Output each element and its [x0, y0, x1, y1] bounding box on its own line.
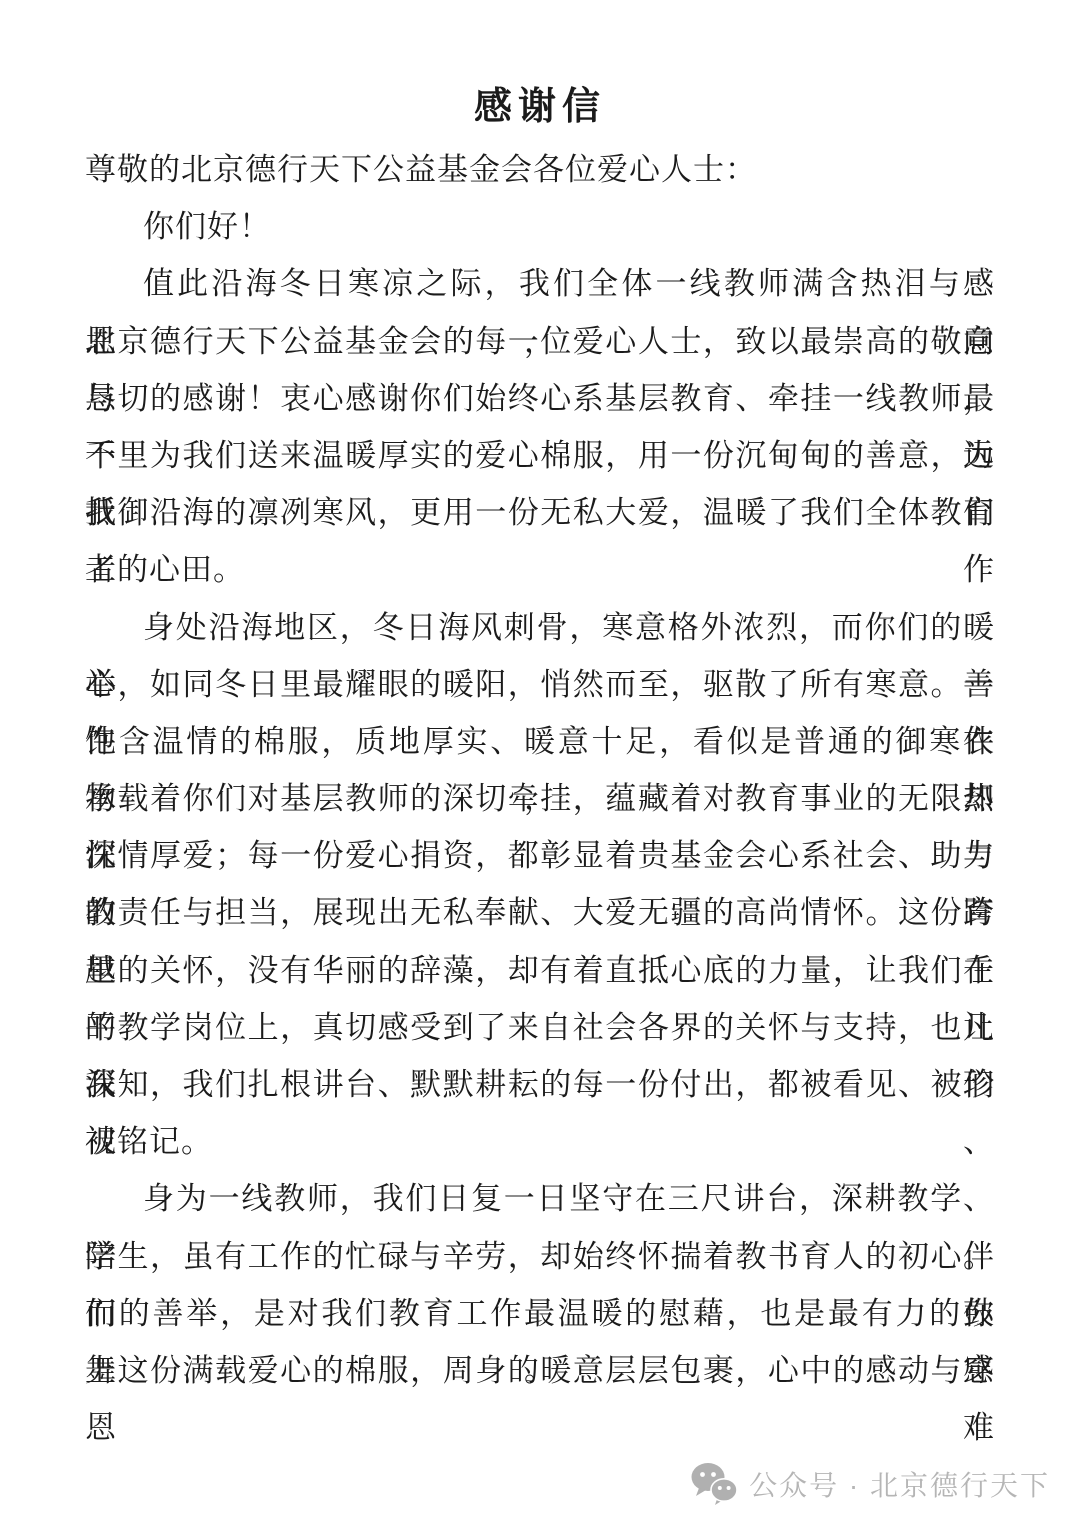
text-line: 深知，我们扎根讲台、默默耕耘的每一份付出，都被看见、被珍视、 [85, 1056, 995, 1113]
letter-body: 尊敬的北京德行天下公益基金会各位爱心人士：你们好！值此沿海冬日寒凉之际，我们全体… [85, 141, 995, 1399]
wechat-watermark: 公众号 · 北京德行天下 [689, 1462, 1050, 1506]
text-line: 举，如同冬日里最耀眼的暖阳，悄然而至，驱散了所有寒意。一件件 [85, 656, 995, 713]
text-line: 饱含温情的棉服，质地厚实、暖意十足，看似是普通的御寒衣物，却 [85, 713, 995, 770]
text-line: 身为一线教师，我们日复一日坚守在三尺讲台，深耕教学、陪伴 [85, 1170, 995, 1227]
watermark-label: 公众号 · 北京德行天下 [749, 1464, 1050, 1504]
wechat-icon [689, 1462, 739, 1506]
text-line: 尊敬的北京德行天下公益基金会各位爱心人士： [85, 141, 995, 198]
text-line: 们的善举，是对我们教育工作最温暖的慰藉，也是最有力的鼓舞。穿 [85, 1285, 995, 1342]
text-line: 千里为我们送来温暖厚实的爱心棉服，用一份沉甸甸的善意，为我们 [85, 427, 995, 484]
text-line: 身处沿海地区，冬日海风刺骨，寒意格外浓烈，而你们的暖心善 [85, 599, 995, 656]
text-line: 深情厚爱；每一份爱心捐资，都彰显着贵基金会心系社会、助力教育 [85, 827, 995, 884]
letter-page: 感谢信 尊敬的北京德行天下公益基金会各位爱心人士：你们好！值此沿海冬日寒凉之际，… [0, 0, 1080, 1529]
text-line: 的责任与担当，展现出无私奉献、大爱无疆的高尚情怀。这份跨越千 [85, 884, 995, 941]
text-line: 北京德行天下公益基金会的每一位爱心人士，致以最崇高的敬意与最 [85, 313, 995, 370]
page-title: 感谢信 [0, 0, 1080, 130]
text-line: 承载着你们对基层教师的深切牵挂，蕴藏着对教育事业的无限热忱与 [85, 770, 995, 827]
text-line: 上这份满载爱心的棉服，周身的暖意层层包裹，心中的感动与感恩难 [85, 1342, 995, 1399]
text-line: 值此沿海冬日寒凉之际，我们全体一线教师满含热泪与感恩，向 [85, 255, 995, 312]
text-line: 学生，虽有工作的忙碌与辛劳，却始终怀揣着教书育人的初心。而你 [85, 1228, 995, 1285]
text-line: 恳切的感谢！衷心感谢你们始终心系基层教育、牵挂一线教师，不远 [85, 370, 995, 427]
text-line: 的教学岗位上，真切感受到了来自社会各界的关怀与支持，也让我们 [85, 999, 995, 1056]
text-line: 你们好！ [85, 198, 995, 255]
text-line: 里的关怀，没有华丽的辞藻，却有着直抵心底的力量，让我们在平凡 [85, 942, 995, 999]
text-line: 抵御沿海的凛冽寒风，更用一份无私大爱，温暖了我们全体教育工作 [85, 484, 995, 541]
